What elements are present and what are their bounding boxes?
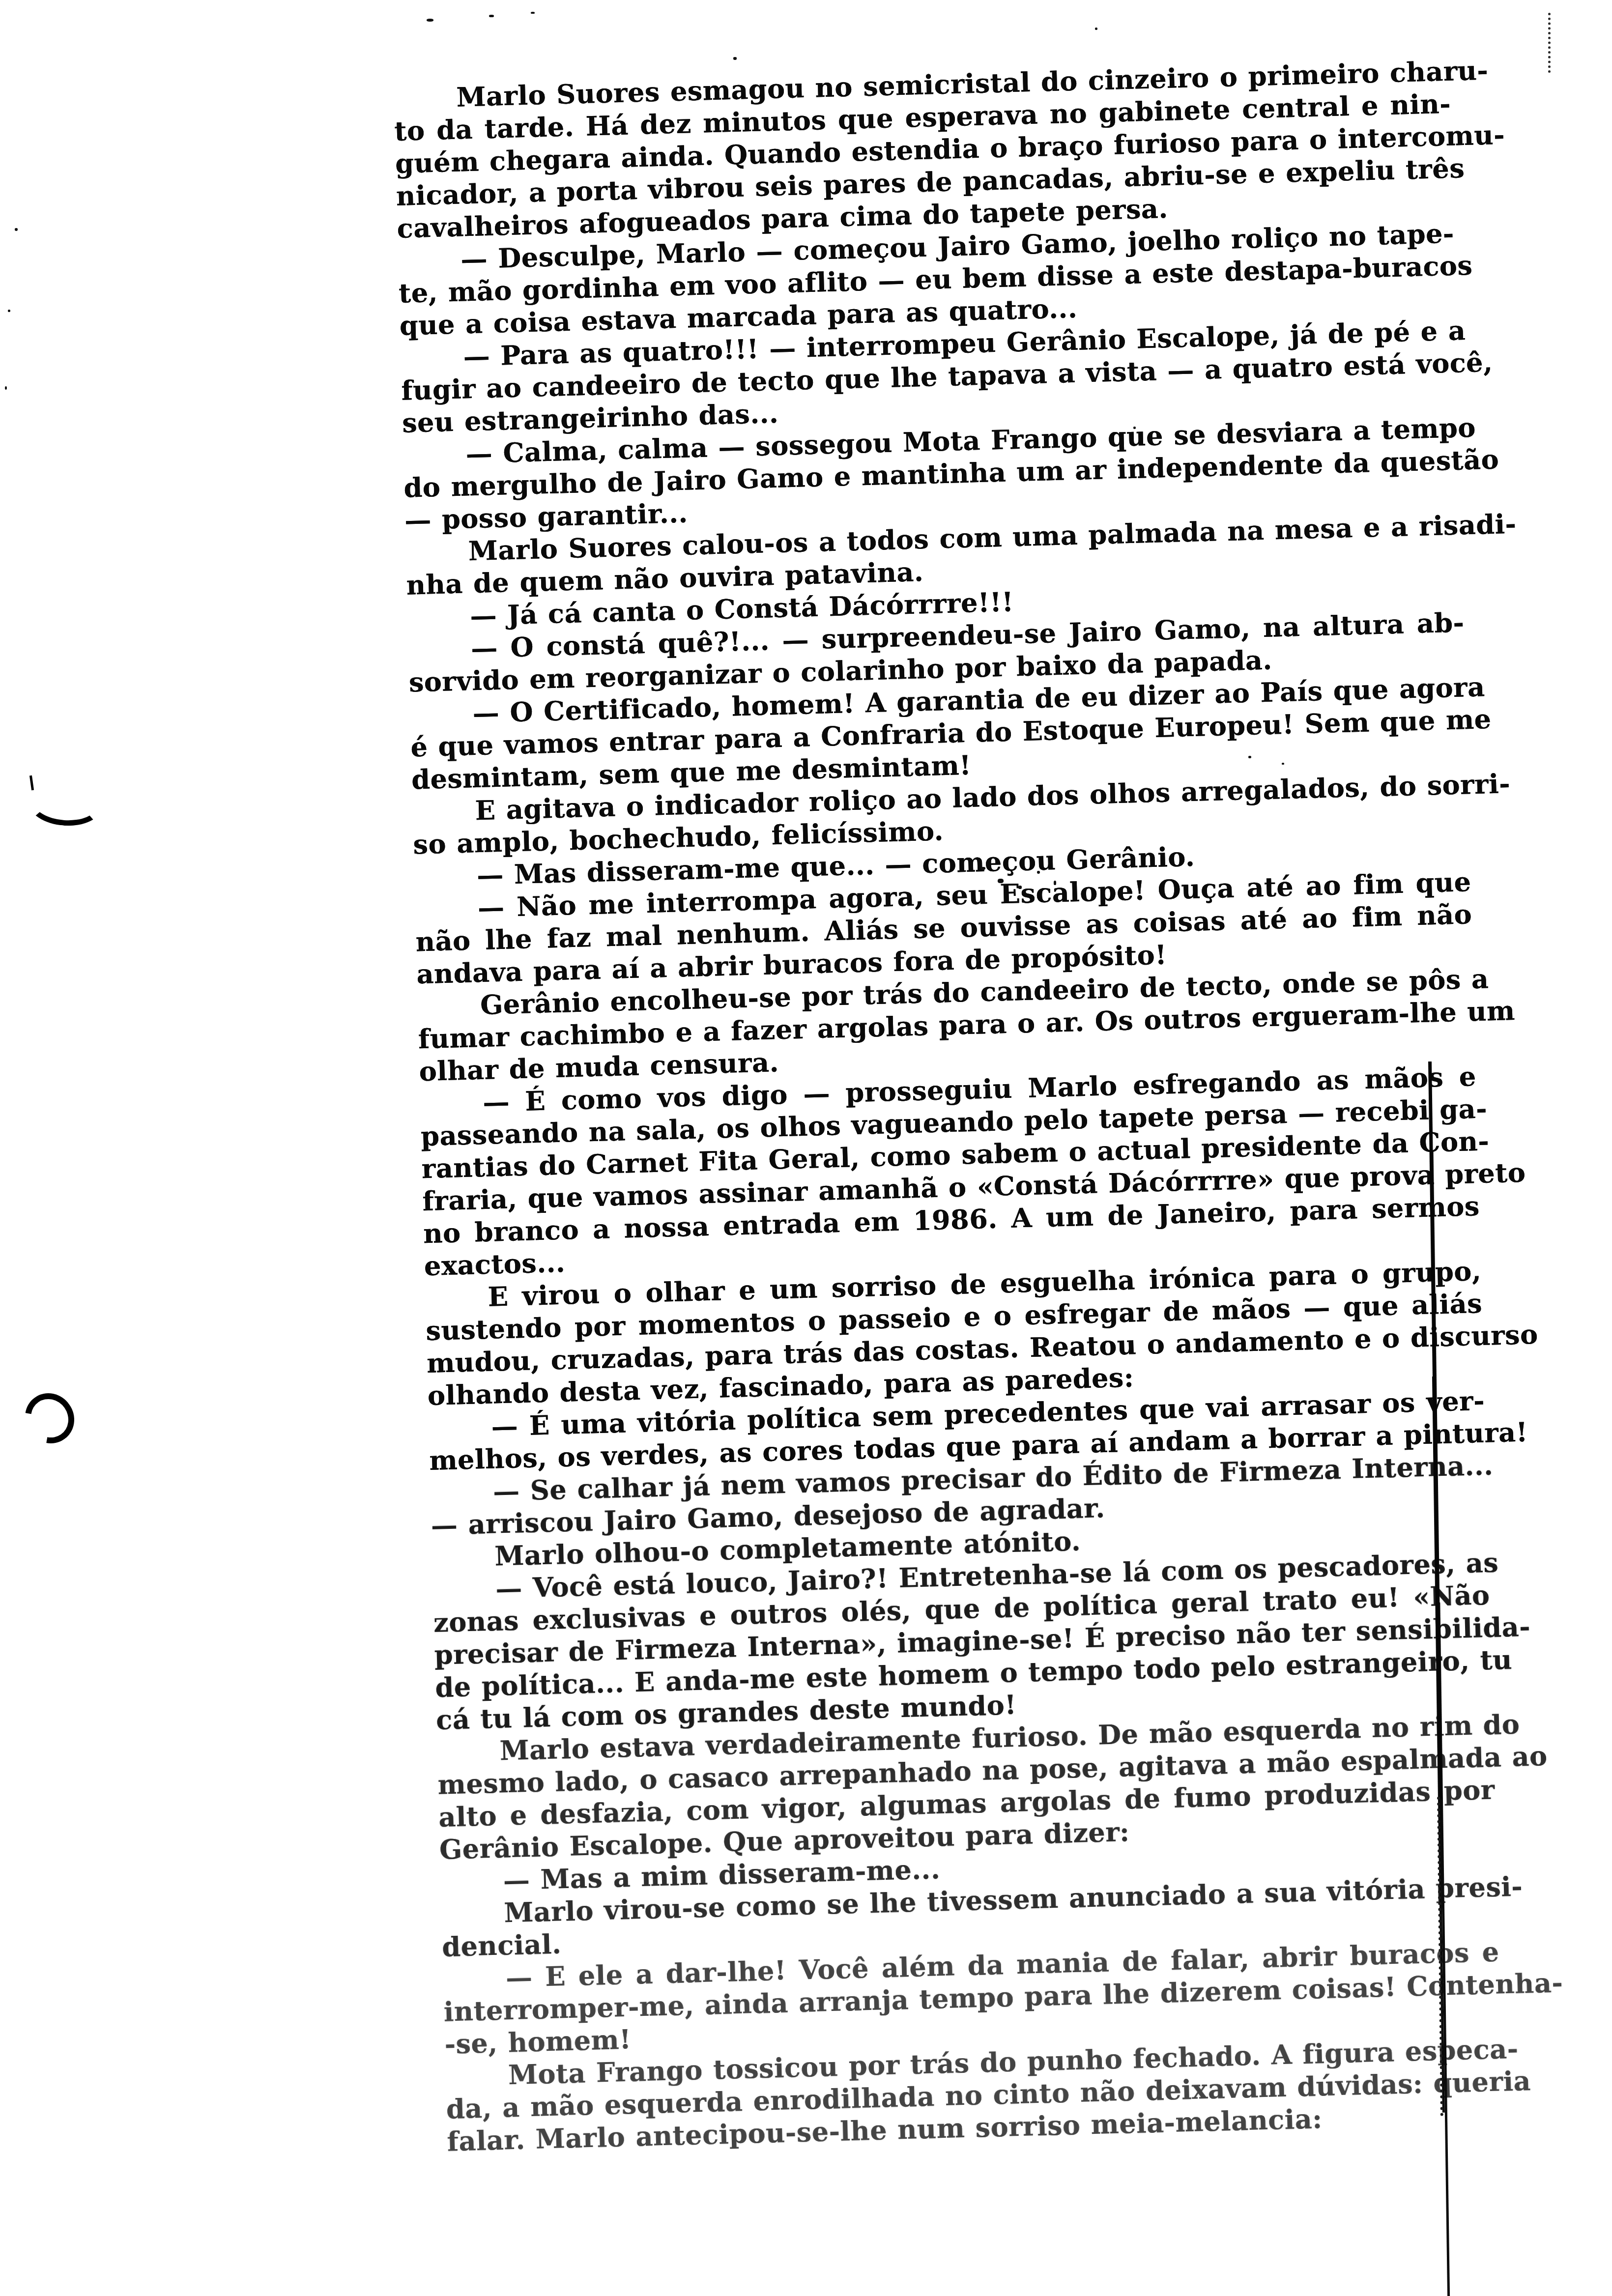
ink-speck [1018,886,1022,889]
ink-speck [981,867,985,870]
ink-speck [1095,28,1097,30]
handwritten-arc-mark [27,780,104,828]
handwritten-arc-tick [29,775,34,790]
ink-speck [1248,756,1251,758]
ink-speck [531,12,535,14]
handwritten-crescent-mark [15,1383,84,1453]
ink-speck [427,19,433,22]
ink-speck [1037,871,1040,874]
scan-corner-artifact-dots [1548,13,1551,73]
ink-speck [15,228,18,231]
ink-speck [1133,427,1136,429]
ink-speck [998,879,1004,883]
ink-speck [5,386,7,390]
ink-speck [489,15,494,17]
scanned-page: Marlo Suores esmagou no semicristal do c… [0,0,1612,2296]
ink-speck [1282,763,1284,765]
page-text: Marlo Suores esmagou no semicristal do c… [393,55,1504,2158]
ink-speck [8,310,10,312]
ink-speck [1054,881,1056,885]
ink-speck [733,57,737,60]
